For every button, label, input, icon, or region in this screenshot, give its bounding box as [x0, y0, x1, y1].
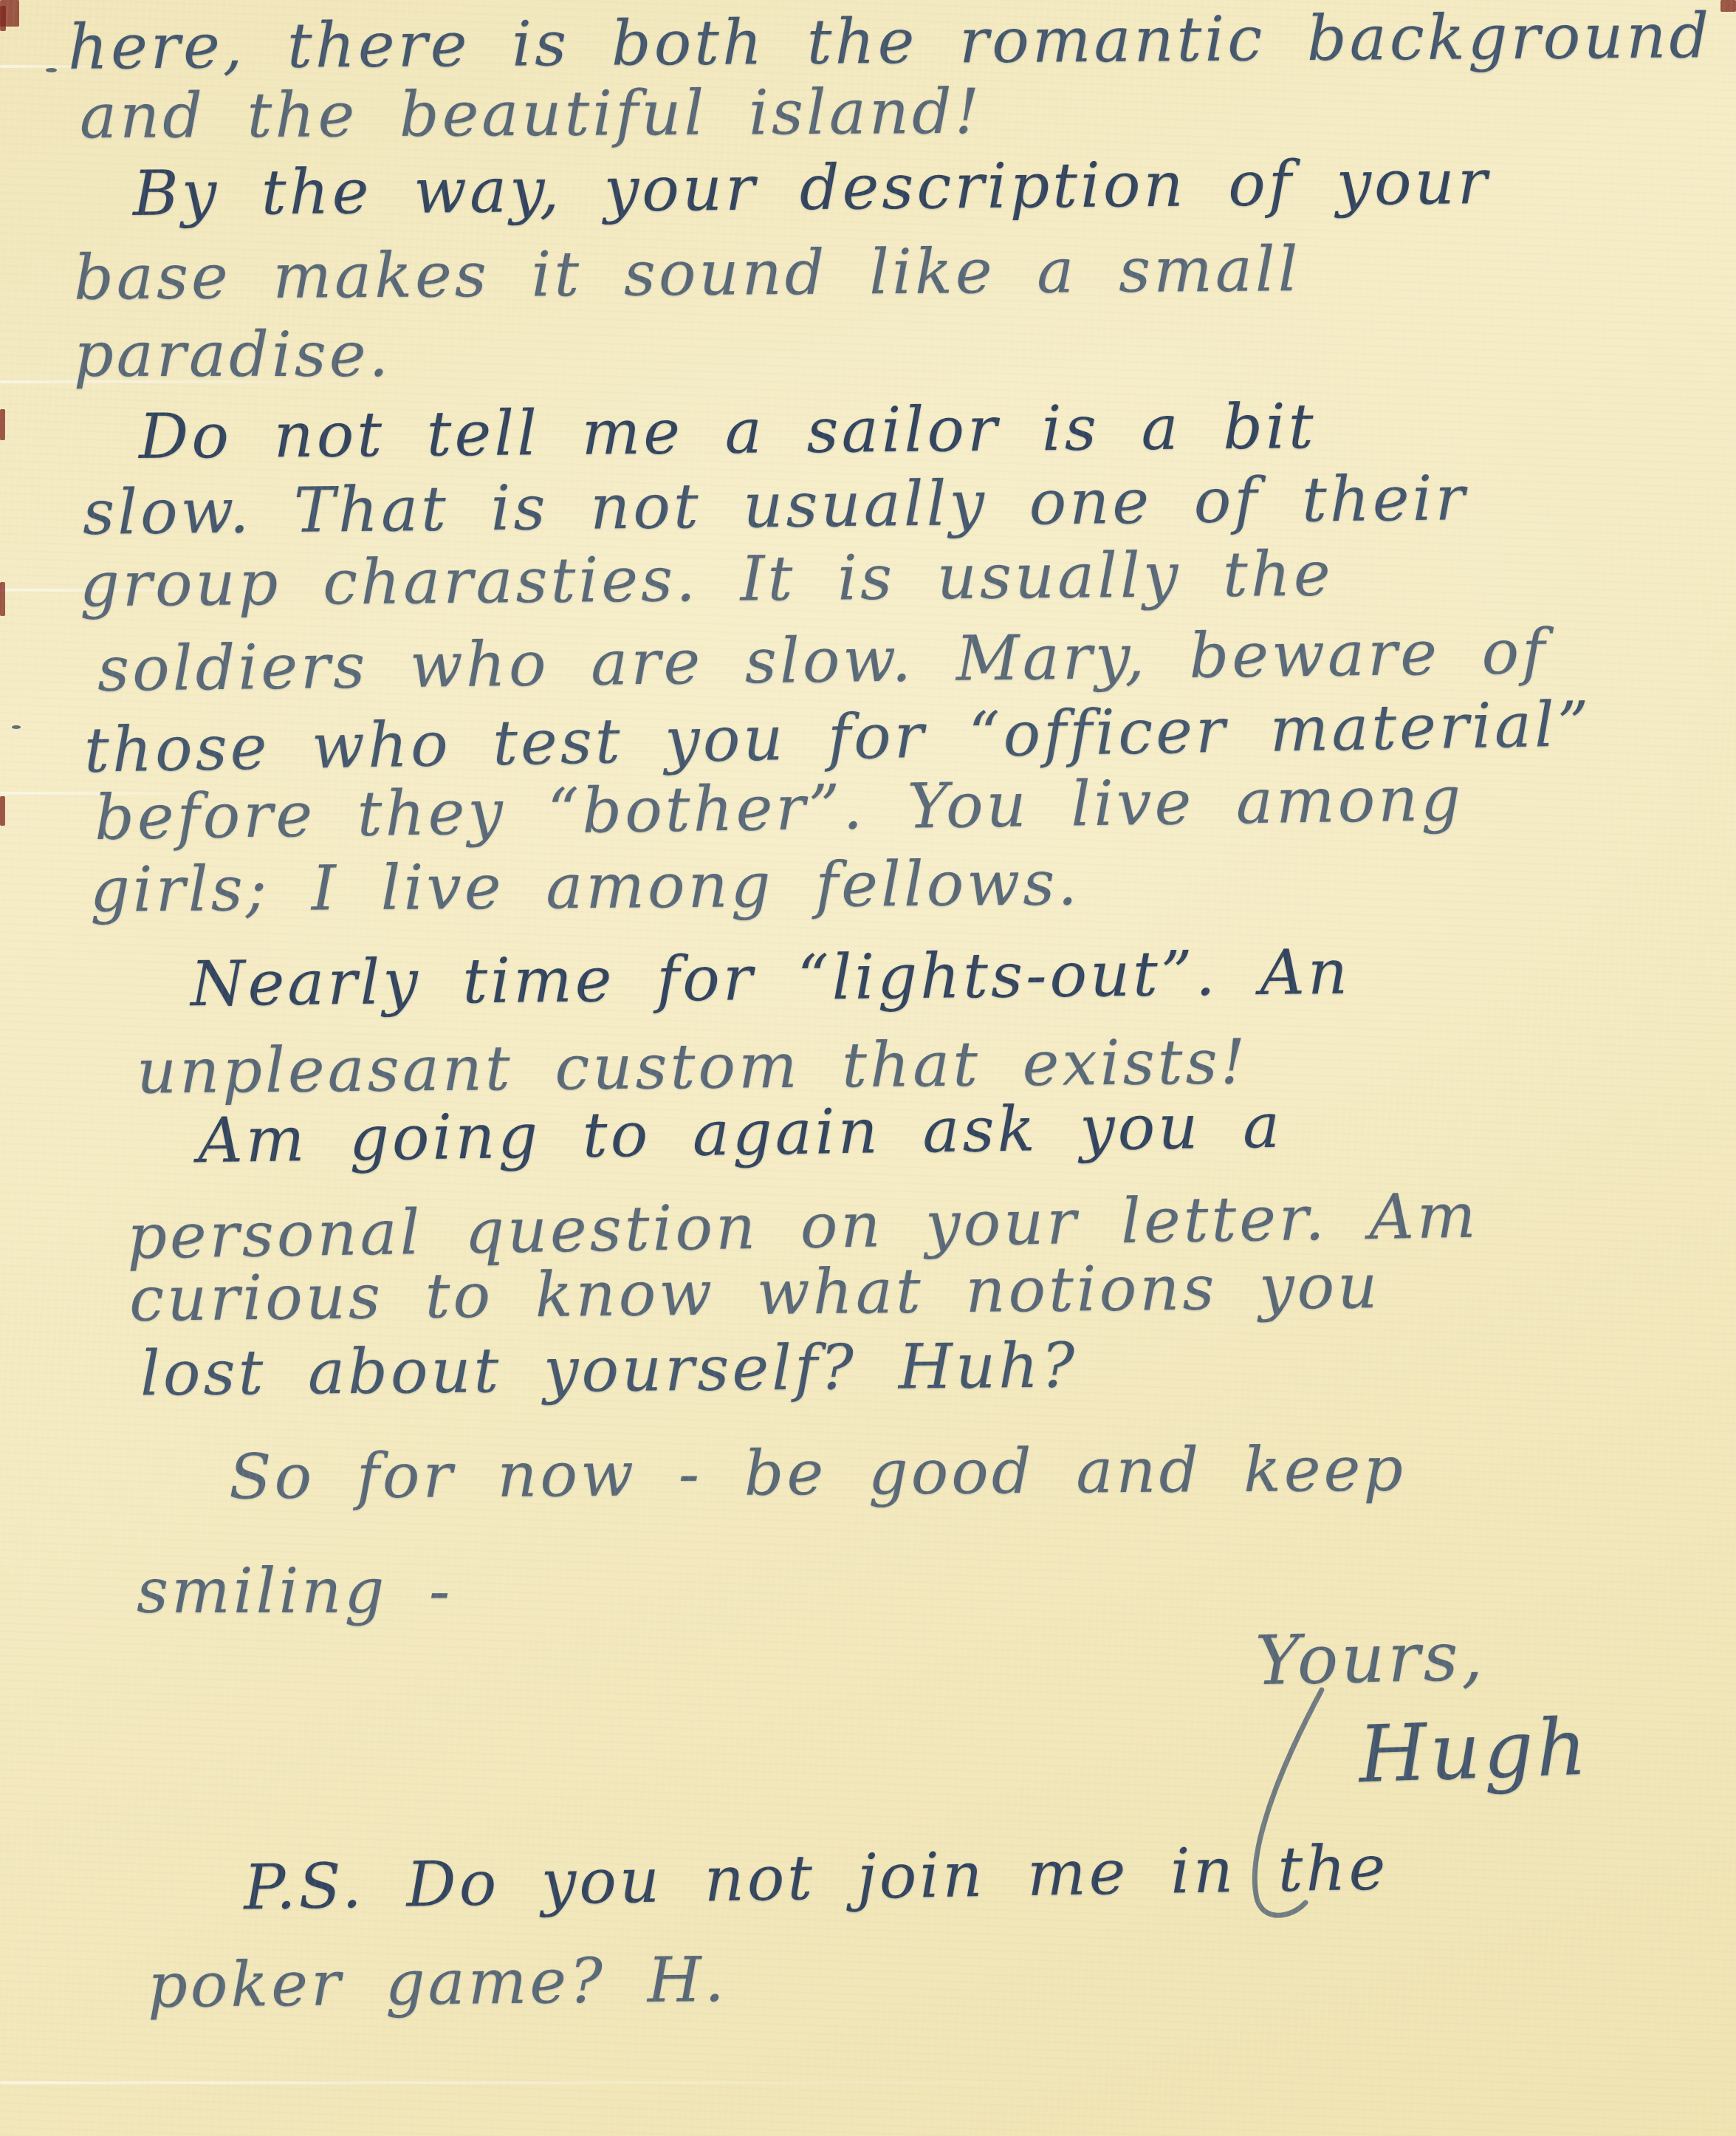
scan-edge-mark: [1720, 0, 1736, 12]
letter-line-3: By the way, your description of your: [133, 151, 1491, 225]
postscript-line-2: poker game? H.: [148, 1948, 728, 2016]
letter-line-6: Do not tell me a sailor is a bit: [139, 395, 1317, 468]
scan-streak: [0, 2081, 1108, 2084]
letter-line-17: curious to know what notions you: [129, 1255, 1381, 1330]
closing-line: Yours,: [1255, 1623, 1486, 1696]
letter-line-1: here, there is both the romantic backgro…: [68, 4, 1712, 78]
letter-line-7: slow. That is not usually one of their: [83, 467, 1468, 544]
letter-line-18: lost about yourself? Huh?: [140, 1334, 1078, 1404]
postscript-line-1: P.S. Do you not join me in the: [243, 1836, 1389, 1918]
scan-edge-mark: [0, 6, 6, 31]
scan-edge-mark: [0, 409, 5, 440]
signature-name: Hugh: [1357, 1708, 1591, 1795]
letter-line-20: smiling -: [137, 1560, 453, 1622]
letter-line-8: group charasties. It is usually the: [80, 543, 1334, 616]
letter-line-19: So for now - be good and keep: [229, 1437, 1407, 1507]
letter-line-13: Nearly time for “lights-out”. An: [191, 941, 1351, 1015]
scan-edge-mark: [0, 796, 5, 826]
letter-line-9: soldiers who are slow. Mary, beware of: [97, 620, 1548, 700]
ink-speck: [12, 725, 21, 729]
ink-speck: [46, 68, 57, 72]
letter-line-12: girls; I live among fellows.: [90, 852, 1080, 920]
scan-edge-mark: [0, 582, 5, 616]
letter-page: here, there is both the romantic backgro…: [0, 0, 1736, 2136]
letter-line-4: base makes it sound like a small: [74, 238, 1301, 309]
letter-line-11: before they “bother”. You live among: [95, 767, 1464, 849]
letter-line-2: and the beautiful island!: [80, 81, 983, 147]
letter-line-15: Am going to again ask you a: [197, 1095, 1283, 1172]
letter-line-5: paradise.: [74, 324, 391, 386]
